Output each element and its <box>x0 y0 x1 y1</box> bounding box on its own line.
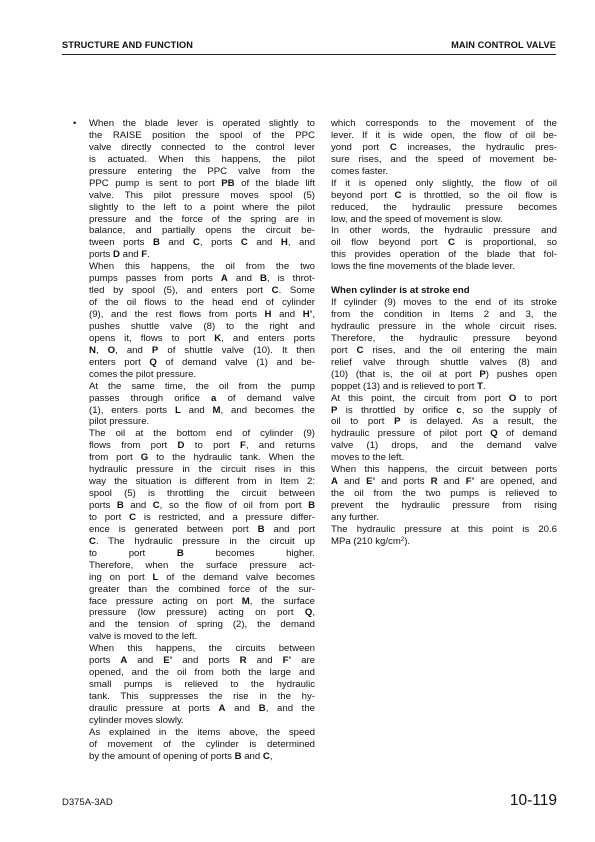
text-line: lows the fine movements of the blade lev… <box>331 261 557 273</box>
text-line: opened, and the oil from both the large … <box>89 667 315 679</box>
text-line: moves to the left. <box>331 452 557 464</box>
text-line: pumps passes from ports A and B, is thro… <box>89 273 315 285</box>
subsection-title: MAIN CONTROL VALVE <box>451 40 556 50</box>
text-line: the oil from the two pumps is relieved t… <box>331 488 557 500</box>
text-line: this provides operation of the blade tha… <box>331 249 557 261</box>
subheading: When cylinder is at stroke end <box>331 285 557 297</box>
text-line: Therefore, the hydraulic pressure beyond <box>331 333 557 345</box>
text-line: At the same time, the oil from the pump <box>89 381 315 393</box>
text-line: At this point, the circuit from port O t… <box>331 393 557 405</box>
text-line: oil flow beyond port C is proportional, … <box>331 237 557 249</box>
text-line: hydraulic pressure in the whole circuit … <box>331 321 557 333</box>
text-line: of movement of the cylinder is determine… <box>89 739 315 751</box>
text-line: P is throttled by orifice c, so the supp… <box>331 405 557 417</box>
text-line: The oil at the bottom end of cylinder (9… <box>89 428 315 440</box>
text-line: to port C is restricted, and a pressure … <box>89 512 315 524</box>
text-line: way the situation is different from in I… <box>89 476 315 488</box>
blank-line <box>331 273 557 285</box>
text-line: opens it, flows to port K, and enters po… <box>89 333 315 345</box>
text-line: from the condition in Items 2 and 3, the <box>331 309 557 321</box>
text-line: balance, and partially opens the circuit… <box>89 225 315 237</box>
right-text-column: which corresponds to the movement of the… <box>331 118 557 548</box>
text-line: ence is generated between port B and por… <box>89 524 315 536</box>
text-line: prevent the hydraulic pressure from risi… <box>331 500 557 512</box>
text-line: reduced, the hydraulic pressure becomes <box>331 202 557 214</box>
text-line: As explained in the items above, the spe… <box>89 727 315 739</box>
text-line: C. The hydraulic pressure in the circuit… <box>89 536 315 548</box>
text-line: pushes shuttle valve (8) to the right an… <box>89 321 315 333</box>
text-line: If it is opened only slightly, the flow … <box>331 178 557 190</box>
text-line: slightly to the left to a point where th… <box>89 202 315 214</box>
text-line: (9), and the rest flows from ports H and… <box>89 309 315 321</box>
text-line: A and E’ and ports R and F’ are opened, … <box>331 476 557 488</box>
text-line: beyond port C is throttled, so the oil f… <box>331 190 557 202</box>
text-line: spool (5) is throttling the circuit betw… <box>89 488 315 500</box>
text-line: valve is moved to the left. <box>89 631 315 643</box>
text-line: comes the pilot pressure. <box>89 369 315 381</box>
text-line: pressure and the force of the spring are… <box>89 214 315 226</box>
text-line: (1), enters ports L and M, and becomes t… <box>89 405 315 417</box>
text-line: In other words, the hydraulic pressure a… <box>331 225 557 237</box>
text-line: is actuated. When this happens, the pilo… <box>89 154 315 166</box>
text-line: If cylinder (9) moves to the end of its … <box>331 297 557 309</box>
text-line: tank. This suppresses the rise in the hy… <box>89 691 315 703</box>
text-line: yond port C increases, the hydraulic pre… <box>331 142 557 154</box>
text-line: greater than the combined force of the s… <box>89 584 315 596</box>
text-line: passes through orifice a of demand valve <box>89 393 315 405</box>
text-line: When this happens, the circuits between <box>89 643 315 655</box>
text-line: cylinder moves slowly. <box>89 715 315 727</box>
page-header: STRUCTURE AND FUNCTION MAIN CONTROL VALV… <box>62 38 556 55</box>
text-line: lever. If it is wide open, the flow of o… <box>331 130 557 142</box>
text-line: (10) (that is, the oil at port P) pushes… <box>331 369 557 381</box>
page-number: 10-119 <box>510 792 557 810</box>
text-line: MPa (210 kg/cm2). <box>331 536 557 548</box>
text-line: tled by spool (5), and enters port C. So… <box>89 285 315 297</box>
text-line: hydraulic pressure of pilot port Q of de… <box>331 428 557 440</box>
text-line: poppet (13) and is relieved to port T. <box>331 381 557 393</box>
text-line: When the blade lever is operated slightl… <box>89 118 315 130</box>
text-line: pressure (low pressure) acting on port Q… <box>89 607 315 619</box>
text-line: ports D and F. <box>89 249 315 261</box>
text-line: small pumps is relieved to the hydraulic <box>89 679 315 691</box>
text-line: valve. This pilot pressure moves spool (… <box>89 190 315 202</box>
text-line: from port G to the hydraulic tank. When … <box>89 452 315 464</box>
text-line: enters port Q of demand valve (1) and be… <box>89 357 315 369</box>
text-line: comes faster. <box>331 166 557 178</box>
text-line: draulic pressure at ports A and B, and t… <box>89 703 315 715</box>
text-line: N, O, and P of shuttle valve (10). It th… <box>89 345 315 357</box>
text-line: Therefore, when the surface pressure act… <box>89 560 315 572</box>
text-line: When this happens, the oil from the two <box>89 261 315 273</box>
text-line: pilot pressure. <box>89 416 315 428</box>
text-line: sure rises, and the speed of movement be… <box>331 154 557 166</box>
text-line: ing on port L of the demand valve become… <box>89 572 315 584</box>
section-title: STRUCTURE AND FUNCTION <box>62 40 193 50</box>
text-line: any further. <box>331 512 557 524</box>
text-line: The hydraulic pressure at this point is … <box>331 524 557 536</box>
text-line: to port B becomes higher. <box>89 548 315 560</box>
text-line: low, and the speed of movement is slow. <box>331 214 557 226</box>
text-line: ports B and C, so the flow of oil from p… <box>89 500 315 512</box>
model-code: D375A-3AD <box>62 797 113 808</box>
text-line: of the oil flows to the head end of cyli… <box>89 297 315 309</box>
text-line: hydraulic pressure in the circuit rises … <box>89 464 315 476</box>
left-text-column: When the blade lever is operated slightl… <box>89 118 315 763</box>
text-line: the RAISE position the spool of the PPC <box>89 130 315 142</box>
text-line: face pressure acting on port M, the surf… <box>89 596 315 608</box>
text-line: flows from port D to port F, and returns <box>89 440 315 452</box>
text-line: by the amount of opening of ports B and … <box>89 751 315 763</box>
bullet-icon: • <box>73 118 76 130</box>
text-line: relief valve through shuttle valves (8) … <box>331 357 557 369</box>
text-line: and the tension of spring (2), the deman… <box>89 619 315 631</box>
text-line: tween ports B and C, ports C and H, and <box>89 237 315 249</box>
text-line: When this happens, the circuit between p… <box>331 464 557 476</box>
text-line: valve (1) drops, and the demand valve <box>331 440 557 452</box>
text-line: valve directly connected to the control … <box>89 142 315 154</box>
text-line: oil to port P is delayed. As a result, t… <box>331 416 557 428</box>
text-line: which corresponds to the movement of the <box>331 118 557 130</box>
text-line: pressure entering the PPC valve from the <box>89 166 315 178</box>
text-line: port C rises, and the oil entering the m… <box>331 345 557 357</box>
text-line: ports A and E’ and ports R and F’ are <box>89 655 315 667</box>
text-line: PPC pump is sent to port PB of the blade… <box>89 178 315 190</box>
